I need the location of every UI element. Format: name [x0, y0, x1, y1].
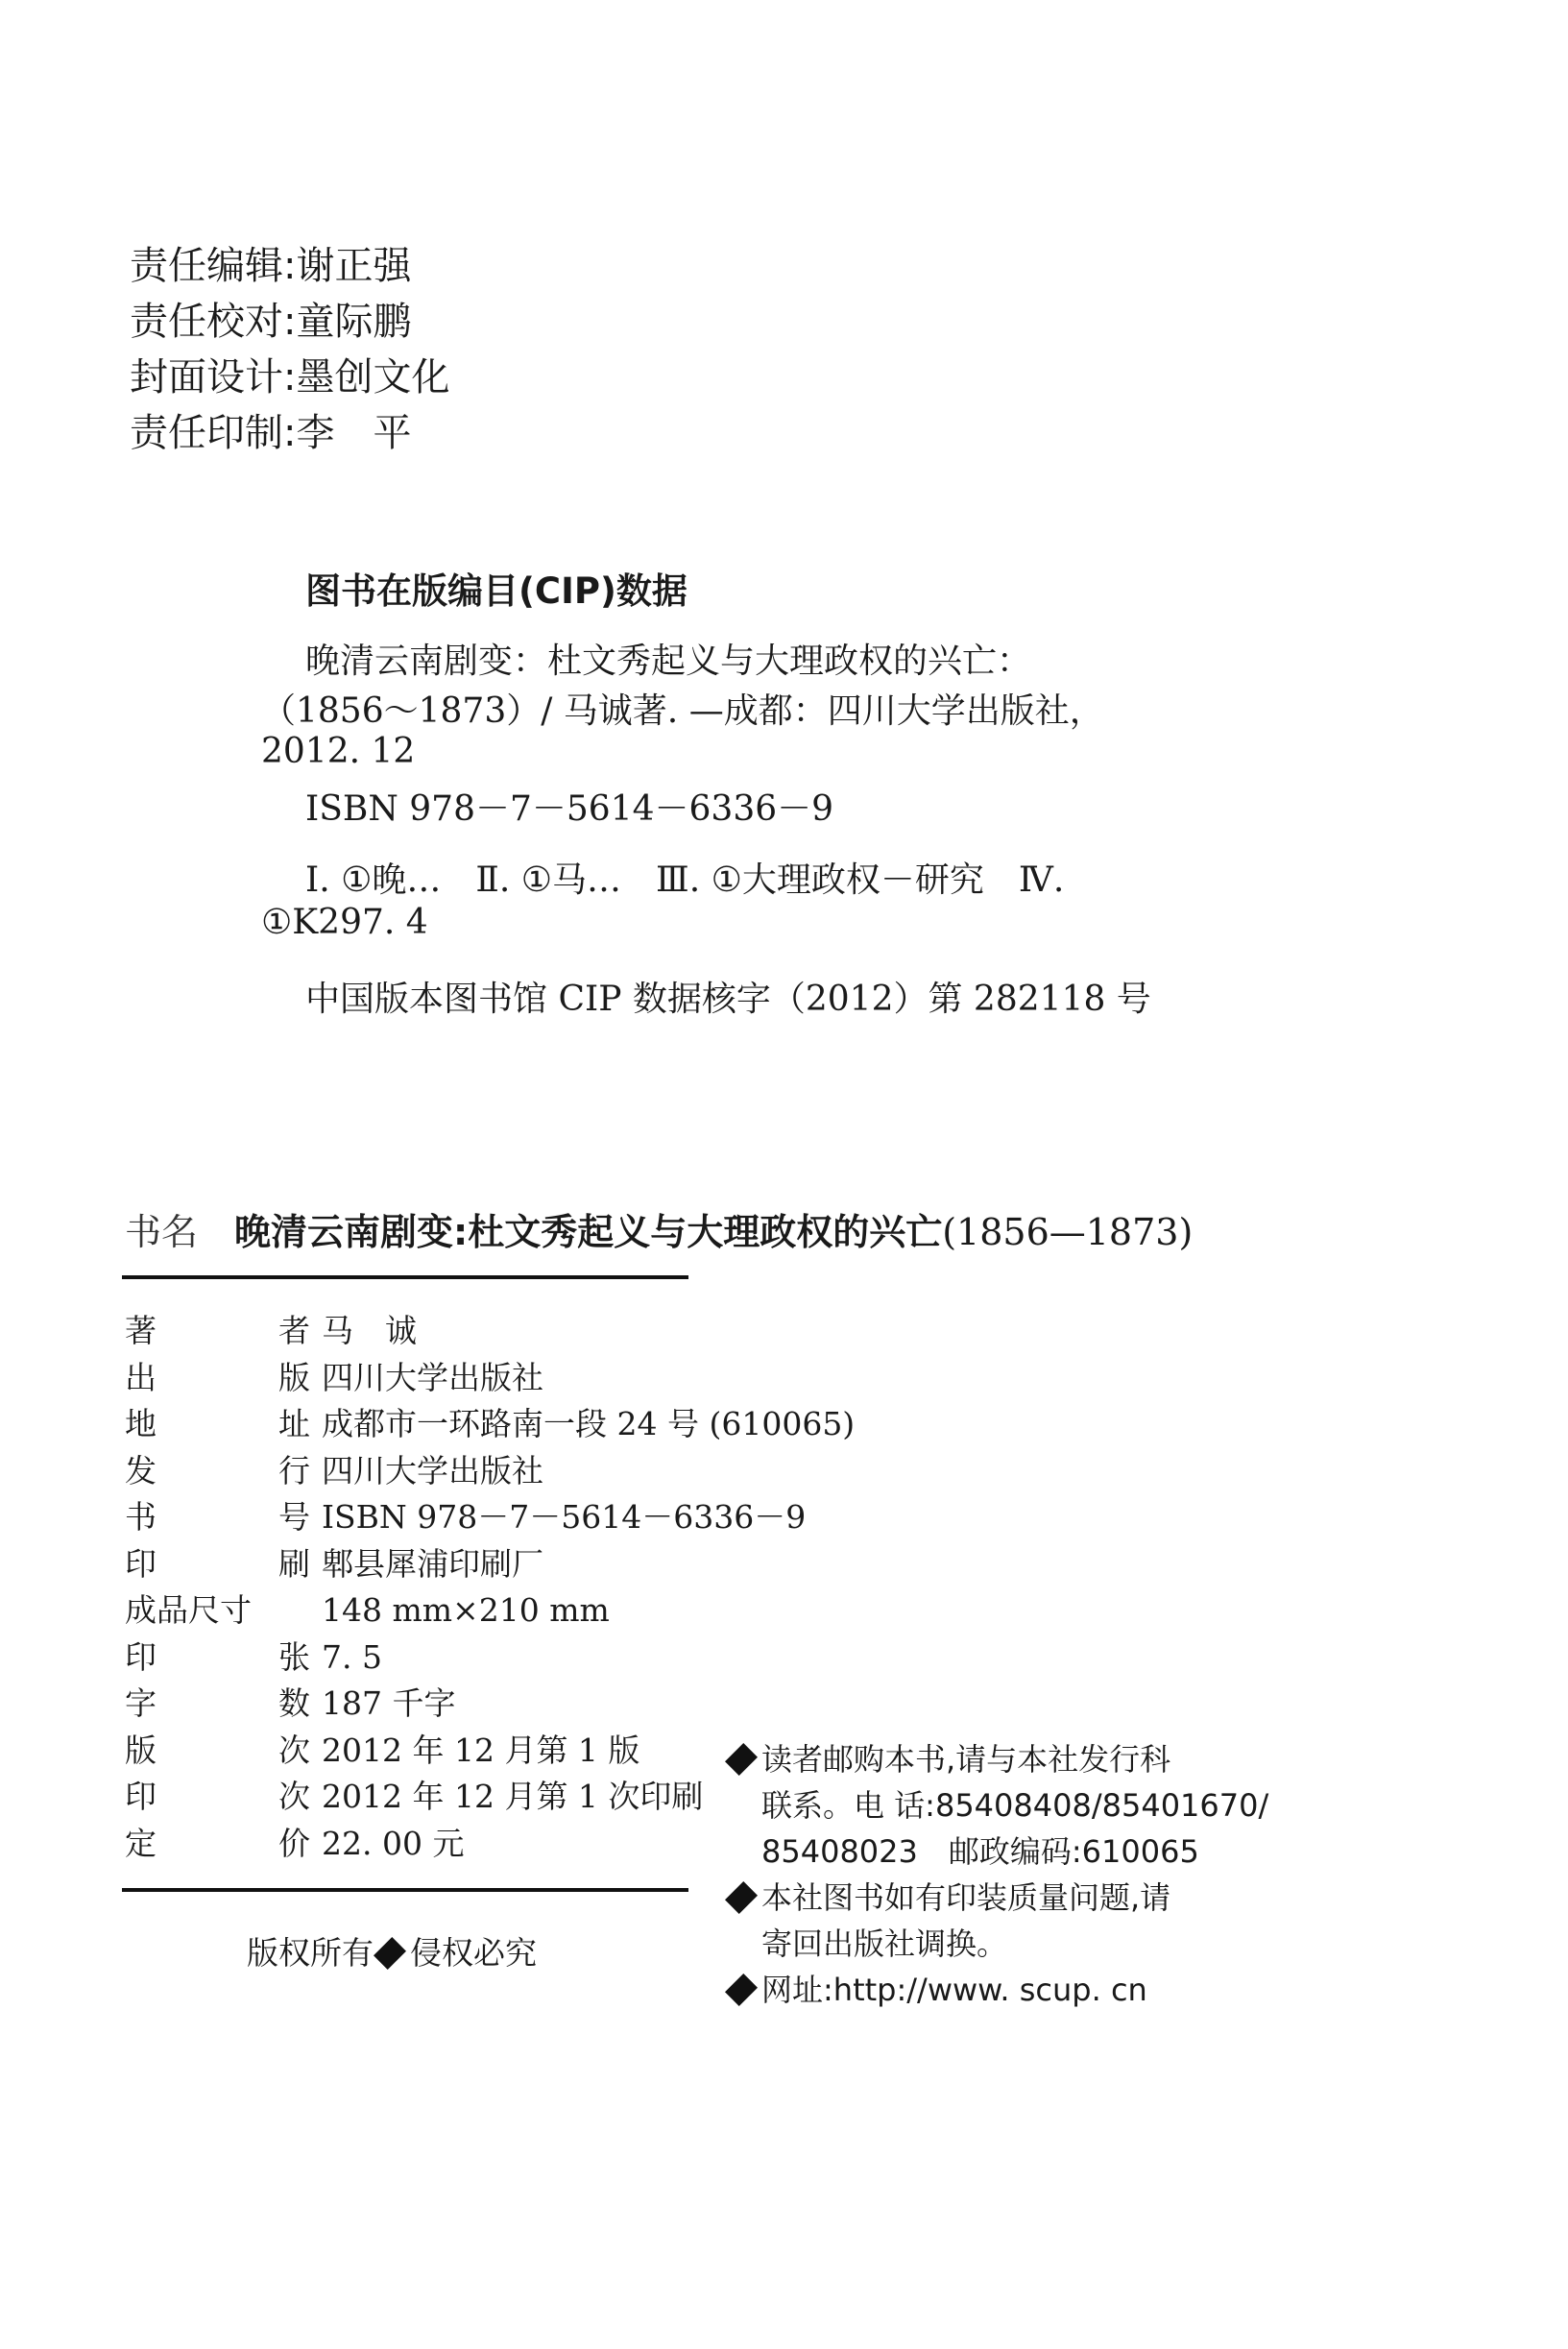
staff-proofreader: 责任校对:童际鹏	[130, 294, 449, 350]
diamond-bullet-icon	[725, 1881, 758, 1914]
info-row: 成品尺寸148 mm×210 mm	[125, 1587, 855, 1635]
info-row: 出版四川大学出版社	[125, 1355, 855, 1402]
staff-editor: 责任编辑:谢正强	[130, 238, 449, 294]
note-website: 网址:http://www. scup. cn	[725, 1967, 1268, 2013]
staff-credits: 责任编辑:谢正强 责任校对:童际鹏 封面设计:墨创文化 责任印制:李 平	[130, 238, 449, 461]
diamond-bullet-icon	[725, 1974, 758, 2006]
cip-heading: 图书在版编目(CIP)数据	[305, 562, 688, 614]
book-title-label: 书名	[125, 1211, 198, 1253]
copyright-notice: 版权所有侵权必究	[247, 1928, 537, 1974]
info-row: 字数187 千字	[125, 1681, 855, 1728]
info-row: 印张7. 5	[125, 1635, 855, 1682]
diamond-bullet-icon	[725, 1743, 758, 1776]
cip-line-date: 2012. 12	[261, 732, 415, 771]
info-row: 著者马 诚	[125, 1308, 855, 1355]
note-mail-order: 读者邮购本书,请与本社发行科	[725, 1736, 1268, 1782]
diamond-bullet-icon	[374, 1937, 406, 1970]
cip-line-subjects: Ⅰ. ①晚… Ⅱ. ①马… Ⅲ. ①大理政权－研究 Ⅳ.	[305, 853, 1064, 902]
cip-line-isbn: ISBN 978－7－5614－6336－9	[305, 782, 833, 831]
info-row: 印刷郫县犀浦印刷厂	[125, 1541, 855, 1588]
info-row: 发行四川大学出版社	[125, 1448, 855, 1495]
cip-line-record-number: 中国版本图书馆 CIP 数据核字（2012）第 282118 号	[305, 972, 1151, 1021]
cip-line-classification: ①K297. 4	[261, 903, 428, 942]
book-title-years: (1856—1873)	[942, 1211, 1193, 1253]
staff-printing: 责任印制:李 平	[130, 405, 449, 461]
staff-cover-design: 封面设计:墨创文化	[130, 350, 449, 405]
book-title: 晚清云南剧变:杜文秀起义与大理政权的兴亡	[234, 1211, 942, 1253]
top-divider	[122, 1275, 688, 1279]
info-row: 书号ISBN 978－7－5614－6336－9	[125, 1494, 855, 1541]
bottom-divider	[122, 1888, 688, 1892]
cip-line-author: （1856～1873）/ 马诚著. —成都：四川大学出版社，	[261, 684, 1104, 733]
reader-notes: 读者邮购本书,请与本社发行科 联系。电 话:85408408/85401670/…	[725, 1736, 1268, 2013]
note-quality: 本社图书如有印装质量问题,请	[725, 1875, 1268, 1921]
book-title-line: 书名晚清云南剧变:杜文秀起义与大理政权的兴亡(1856—1873)	[125, 1202, 1193, 1255]
cip-line-title: 晚清云南剧变：杜文秀起义与大理政权的兴亡：	[305, 634, 1031, 683]
info-row: 地址成都市一环路南一段 24 号 (610065)	[125, 1401, 855, 1448]
